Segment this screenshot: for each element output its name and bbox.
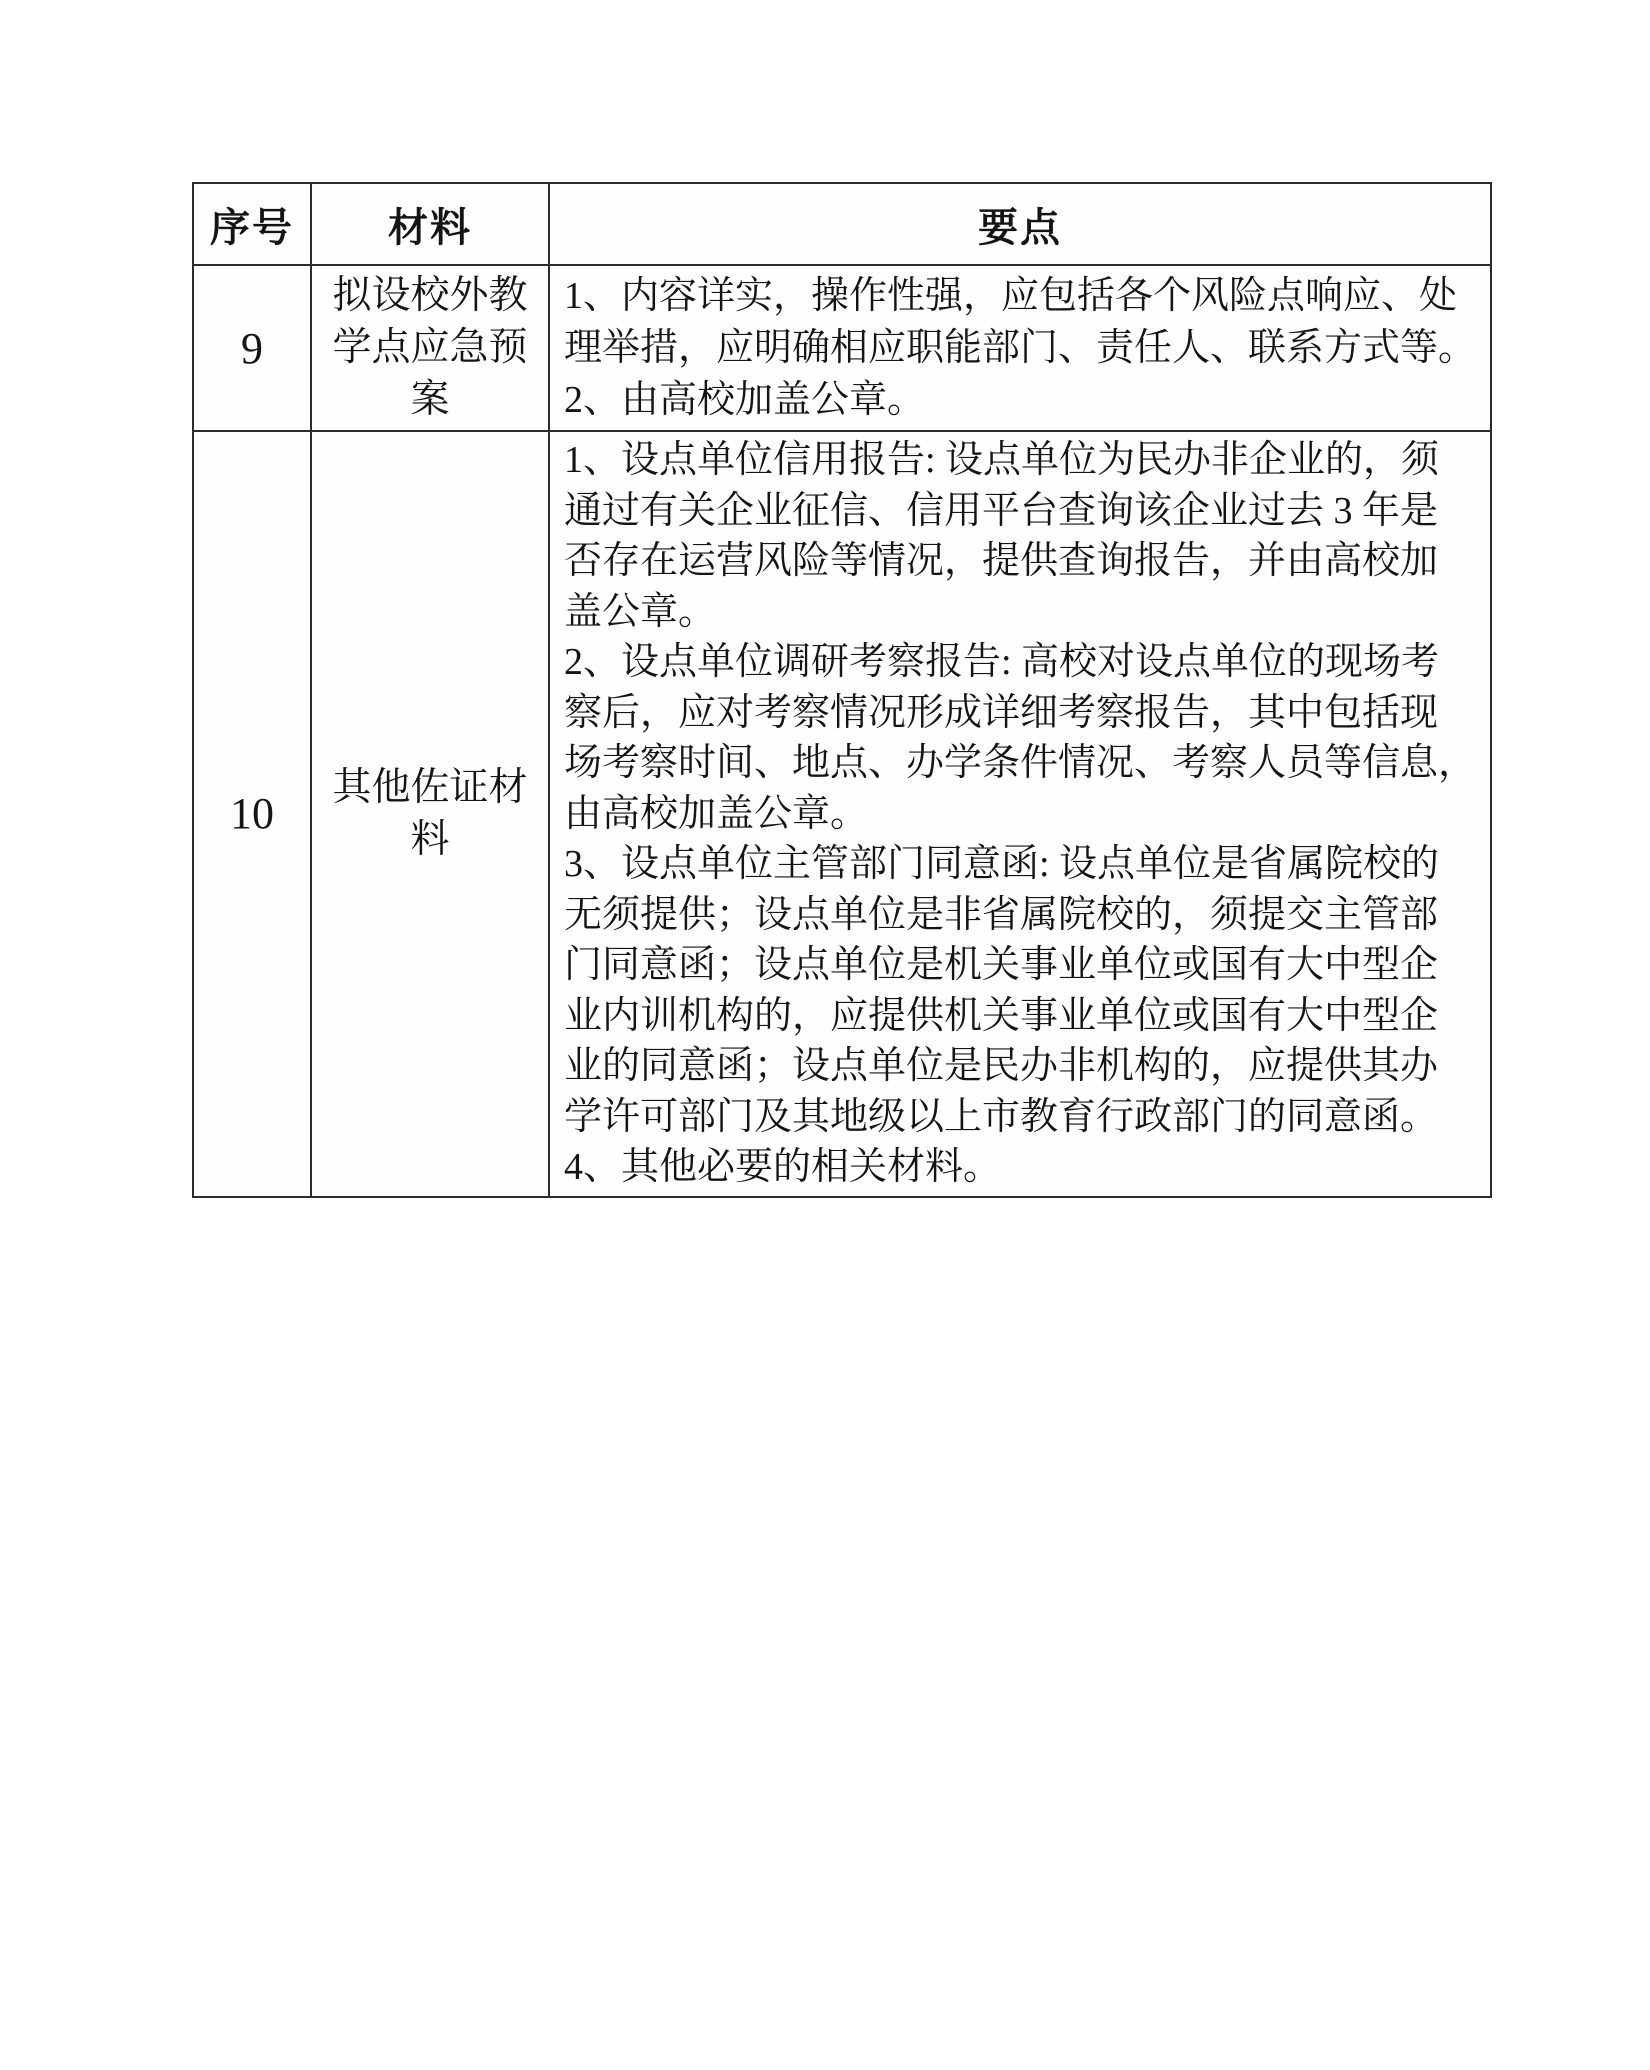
table-row-9: 9 拟设校外教 学点应急预 案 1、内容详实，操作性强，应包括各个风险点响应、处… bbox=[193, 265, 1491, 431]
header-cell-points: 要点 bbox=[549, 183, 1491, 265]
header-cell-material: 材料 bbox=[311, 183, 549, 265]
row-9-number: 9 bbox=[193, 265, 311, 431]
materials-table: 序号 材料 要点 9 拟设校外教 学点应急预 案 1、内容详实，操作性强，应包括… bbox=[192, 182, 1492, 1198]
row-10-points: 1、设点单位信用报告: 设点单位为民办非企业的，须 通过有关企业征信、信用平台查… bbox=[549, 431, 1491, 1197]
header-cell-number: 序号 bbox=[193, 183, 311, 265]
row-10-material: 其他佐证材 料 bbox=[311, 431, 549, 1197]
row-9-points: 1、内容详实，操作性强，应包括各个风险点响应、处 理举措，应明确相应职能部门、责… bbox=[549, 265, 1491, 431]
row-10-number: 10 bbox=[193, 431, 311, 1197]
table-row-10: 10 其他佐证材 料 1、设点单位信用报告: 设点单位为民办非企业的，须 通过有… bbox=[193, 431, 1491, 1197]
document-page: 序号 材料 要点 9 拟设校外教 学点应急预 案 1、内容详实，操作性强，应包括… bbox=[192, 182, 1490, 1198]
row-9-material: 拟设校外教 学点应急预 案 bbox=[311, 265, 549, 431]
table-header-row: 序号 材料 要点 bbox=[193, 183, 1491, 265]
